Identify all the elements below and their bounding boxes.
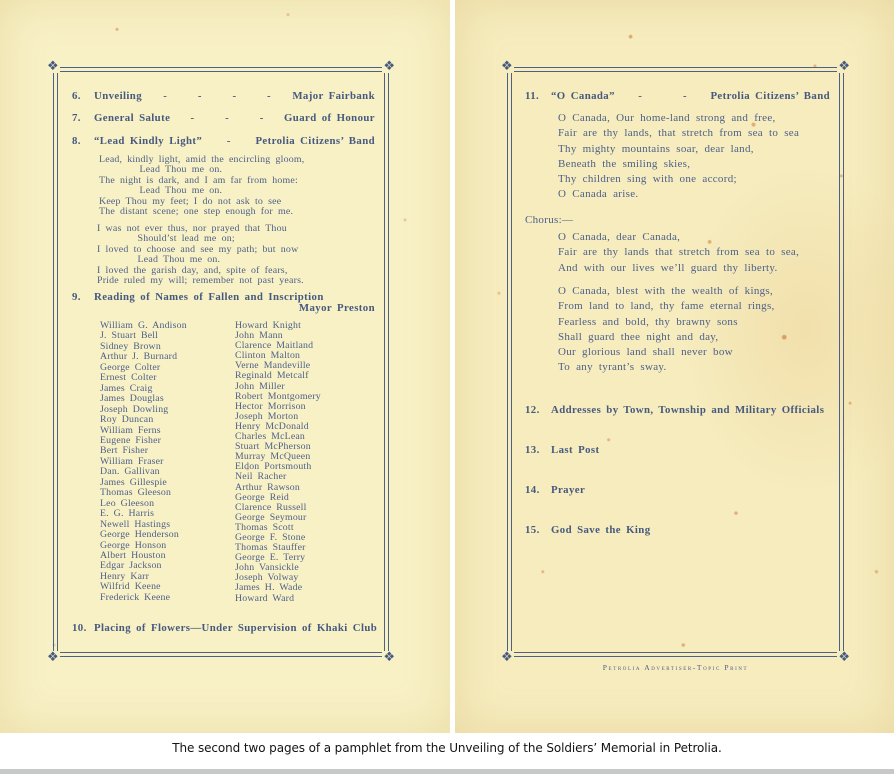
corner-ornament-icon: ❖: [837, 60, 851, 73]
corner-ornament-icon: ❖: [382, 60, 396, 73]
program-item-14: 14. Prayer: [525, 484, 830, 496]
corner-ornament-icon: ❖: [46, 651, 60, 664]
program-item-11: 11. “O Canada” - - Petrolia Citizens’ Ba…: [525, 90, 830, 102]
item-dashes: - - -: [170, 112, 284, 124]
names-column-left: William G. AndisonJ. Stuart BellSidney B…: [100, 321, 187, 603]
fallen-name: Frederick Keene: [100, 593, 187, 603]
program-item-15: 15. God Save the King: [525, 524, 830, 536]
verse-line: Pride ruled my will; remember not past y…: [97, 276, 304, 286]
verse-line: Fair are thy lands that stretch from sea…: [558, 245, 799, 260]
verse-line: The distant scene; one step enough for m…: [99, 207, 304, 217]
pamphlet-scan: ❖ ❖ ❖ ❖ 6. Unveiling - - - - Major Fairb…: [0, 0, 894, 780]
verse-line: O Canada, Our home-land strong and free,: [558, 111, 799, 126]
printer-credit: Petrolia Advertiser-Topic Print: [507, 663, 844, 672]
item-title: Addresses by Town, Township and Military…: [551, 404, 824, 416]
item-title: “Lead Kindly Light”: [94, 135, 202, 147]
verse-line: O Canada arise.: [558, 187, 799, 202]
program-item-10: 10. Placing of Flowers—Under Supervision…: [72, 622, 375, 634]
verse-line: And with our lives we’ll guard thy liber…: [558, 261, 799, 276]
item-dashes: - -: [615, 90, 711, 102]
verse-line: Fair are thy lands, that stretch from se…: [558, 126, 799, 141]
item-number: 10.: [72, 622, 94, 634]
corner-ornament-icon: ❖: [500, 651, 514, 664]
item-title: “O Canada”: [551, 90, 615, 102]
item-title: Unveiling: [94, 90, 142, 102]
program-item-6: 6. Unveiling - - - - Major Fairbank: [72, 90, 375, 102]
names-column-right: Howard KnightJohn MannClarence MaitlandC…: [235, 321, 321, 604]
item-number: 14.: [525, 484, 551, 496]
verse-line: Our glorious land shall never bow: [558, 345, 775, 360]
bottom-bar: [0, 769, 894, 774]
item-9-credit: Mayor Preston: [72, 302, 375, 314]
item-number: 8.: [72, 135, 94, 147]
verse-line: From land to land, thy fame eternal ring…: [558, 299, 775, 314]
pamphlet-page-right: ❖ ❖ ❖ ❖ 11. “O Canada” - - Petrolia Citi…: [455, 0, 894, 733]
item-title: Prayer: [551, 484, 585, 496]
fallen-name: Roy Duncan: [100, 415, 187, 425]
anthem-verse-1: O Canada, Our home-land strong and free,…: [558, 111, 799, 203]
item-dashes: - - - -: [142, 90, 292, 102]
hymn-verse-2: I was not ever thus, nor prayed that Tho…: [97, 224, 304, 286]
item-credit: Petrolia Citizens’ Band: [255, 135, 375, 147]
item-title: Placing of Flowers—Under Supervision of …: [94, 622, 377, 634]
corner-ornament-icon: ❖: [382, 651, 396, 664]
corner-ornament-icon: ❖: [837, 651, 851, 664]
item-credit: Guard of Honour: [284, 112, 375, 124]
fallen-name: Howard Ward: [235, 594, 321, 604]
verse-line: Shall guard thee night and day,: [558, 330, 775, 345]
item-title: God Save the King: [551, 524, 651, 536]
corner-ornament-icon: ❖: [46, 60, 60, 73]
pamphlet-page-left: ❖ ❖ ❖ ❖ 6. Unveiling - - - - Major Fairb…: [0, 0, 450, 733]
fallen-name: Neil Racher: [235, 472, 321, 482]
item-credit: Petrolia Citizens’ Band: [710, 90, 830, 102]
program-item-12: 12. Addresses by Town, Township and Mili…: [525, 404, 830, 416]
item-number: 11.: [525, 90, 551, 102]
item-title: Last Post: [551, 444, 600, 456]
item-credit: Major Fairbank: [292, 90, 375, 102]
item-number: 6.: [72, 90, 94, 102]
program-item-13: 13. Last Post: [525, 444, 830, 456]
hymn-verse-1: Lead, kindly light, amid the encircling …: [99, 155, 304, 217]
item-title: General Salute: [94, 112, 170, 124]
verse-line: Fearless and bold, thy brawny sons: [558, 315, 775, 330]
item-dashes: -: [202, 135, 255, 147]
verse-line: To any tyrant’s sway.: [558, 360, 775, 375]
fallen-name: George Henderson: [100, 530, 187, 540]
anthem-chorus: O Canada, dear Canada,Fair are thy lands…: [558, 230, 799, 276]
caption: The second two pages of a pamphlet from …: [0, 741, 894, 755]
item-number: 13.: [525, 444, 551, 456]
program-item-7: 7. General Salute - - - Guard of Honour: [72, 112, 375, 124]
item-number: 15.: [525, 524, 551, 536]
verse-line: O Canada, dear Canada,: [558, 230, 799, 245]
item-number: 12.: [525, 404, 551, 416]
chorus-label: Chorus:—: [525, 214, 573, 226]
verse-line: Thy mighty mountains soar, dear land,: [558, 142, 799, 157]
corner-ornament-icon: ❖: [500, 60, 514, 73]
verse-line: Thy children sing with one accord;: [558, 172, 799, 187]
verse-line: O Canada, blest with the wealth of kings…: [558, 284, 775, 299]
verse-line: Beneath the smiling skies,: [558, 157, 799, 172]
program-item-8: 8. “Lead Kindly Light” - Petrolia Citize…: [72, 135, 375, 147]
anthem-verse-2: O Canada, blest with the wealth of kings…: [558, 284, 775, 376]
item-number: 7.: [72, 112, 94, 124]
